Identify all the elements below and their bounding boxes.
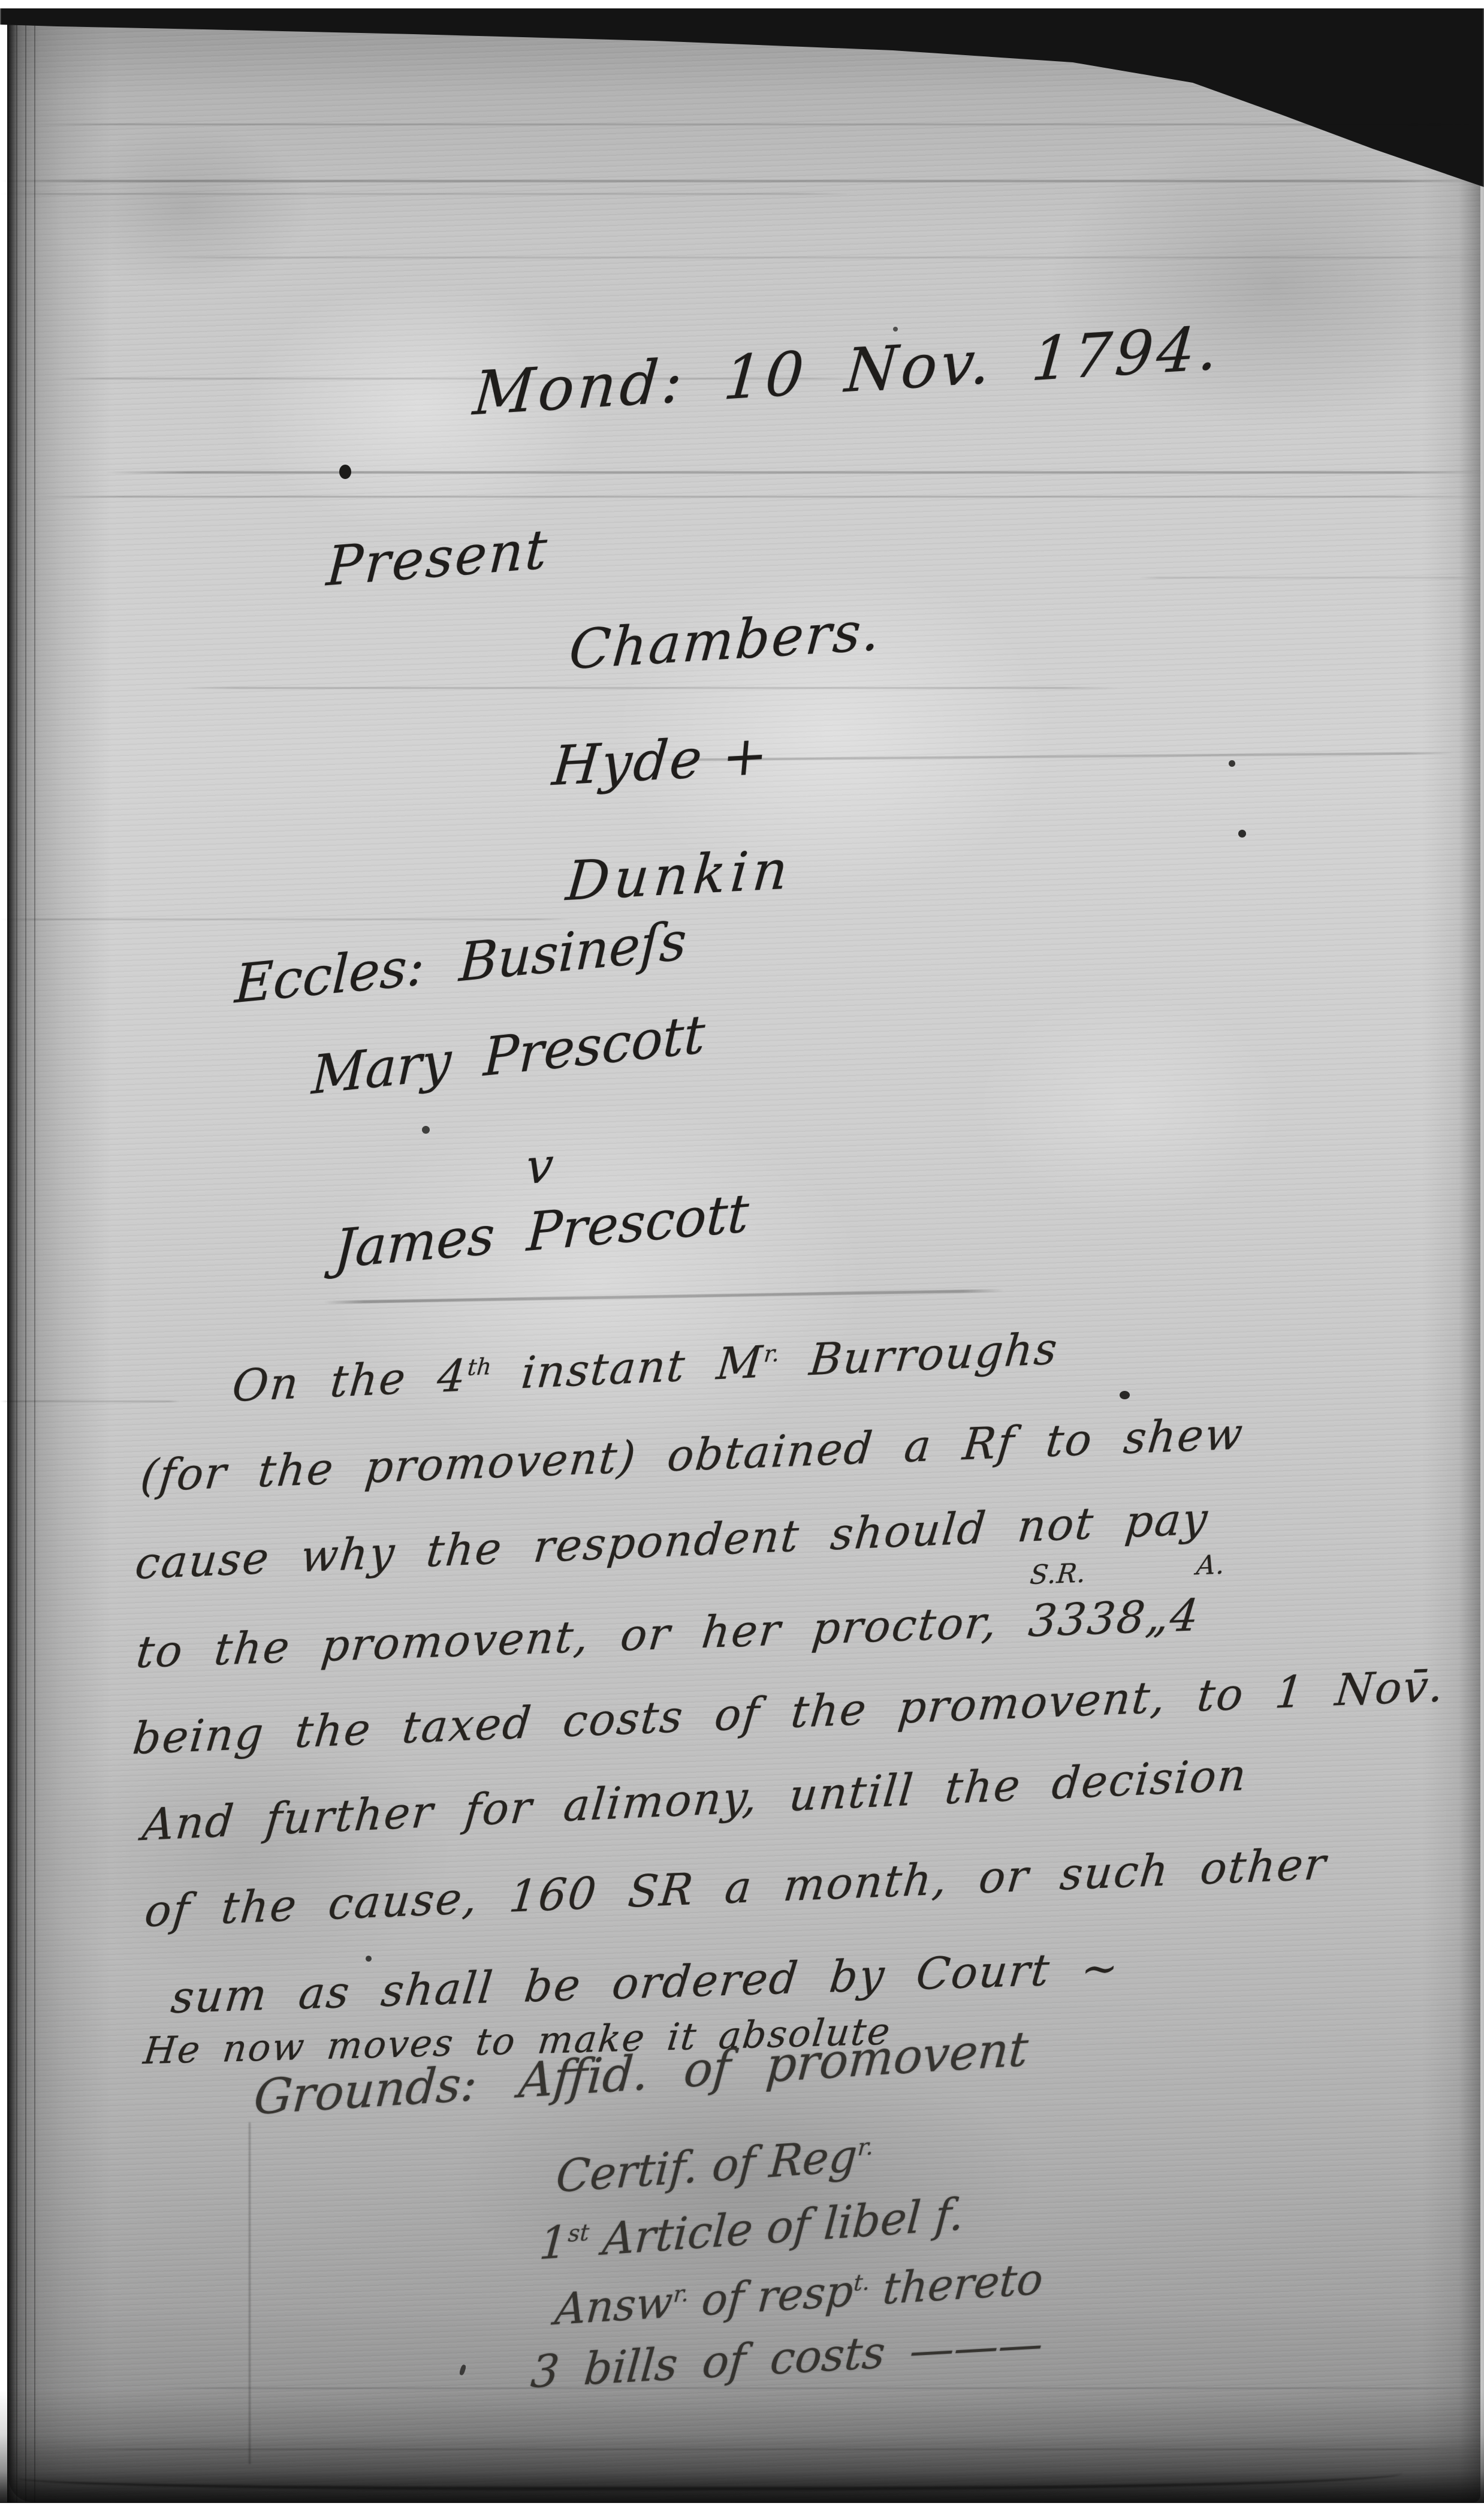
ruled-line — [1139, 577, 1474, 579]
grounds-text: Answ — [553, 2276, 675, 2335]
scanned-book-page: Mond: 10 Nov. 1794. Present Chambers. Hy… — [0, 0, 1484, 2518]
superscript-abbrev: t. — [853, 2269, 871, 2296]
superscript-abbrev: r. — [856, 2133, 874, 2161]
ruled-line — [36, 496, 1484, 498]
ink-speck — [366, 1956, 372, 1962]
grounds-text: 1 — [538, 2216, 569, 2270]
ruled-line — [0, 1400, 180, 1402]
ruled-line — [33, 124, 1471, 125]
ruled-line — [54, 2448, 1480, 2450]
ink-speck — [893, 327, 898, 332]
superscript-abbrev: r. — [672, 2280, 690, 2308]
ink-speck — [339, 465, 351, 479]
ruled-line — [153, 257, 1483, 258]
ink-speck — [422, 1126, 430, 1134]
paper-crease — [249, 2122, 251, 2464]
ruled-line — [0, 180, 1484, 182]
ink-speck — [1238, 830, 1246, 838]
ink-speck — [1120, 1391, 1130, 1399]
versus-label: v — [524, 1137, 556, 1195]
amount-value: 3338„4 — [1026, 1590, 1202, 1647]
grounds-text: of resp — [686, 2265, 855, 2326]
superscript-sicca-rupees: S.R. — [1028, 1558, 1088, 1591]
superscript-ordinal: st — [567, 2219, 590, 2248]
ruled-line — [153, 2387, 1483, 2389]
book-spine-shadow — [7, 8, 112, 2502]
superscript-annas: A. — [1195, 1549, 1227, 1581]
ruled-line — [0, 193, 851, 195]
ruled-line — [0, 918, 569, 920]
judge-name-hyde: Hyde + — [550, 724, 772, 799]
ruled-line — [180, 687, 1121, 689]
page-right-edge-shadow — [1459, 8, 1484, 2502]
ink-speck — [1229, 760, 1235, 767]
body-text: On the 4 — [230, 1350, 469, 1412]
judge-name-dunkin: Dunkin — [563, 838, 795, 913]
amount-with-superscripts: S.R.A.3338„4 — [1026, 1590, 1202, 1647]
superscript-ordinal: th — [466, 1353, 493, 1381]
ruled-line — [105, 471, 1483, 474]
